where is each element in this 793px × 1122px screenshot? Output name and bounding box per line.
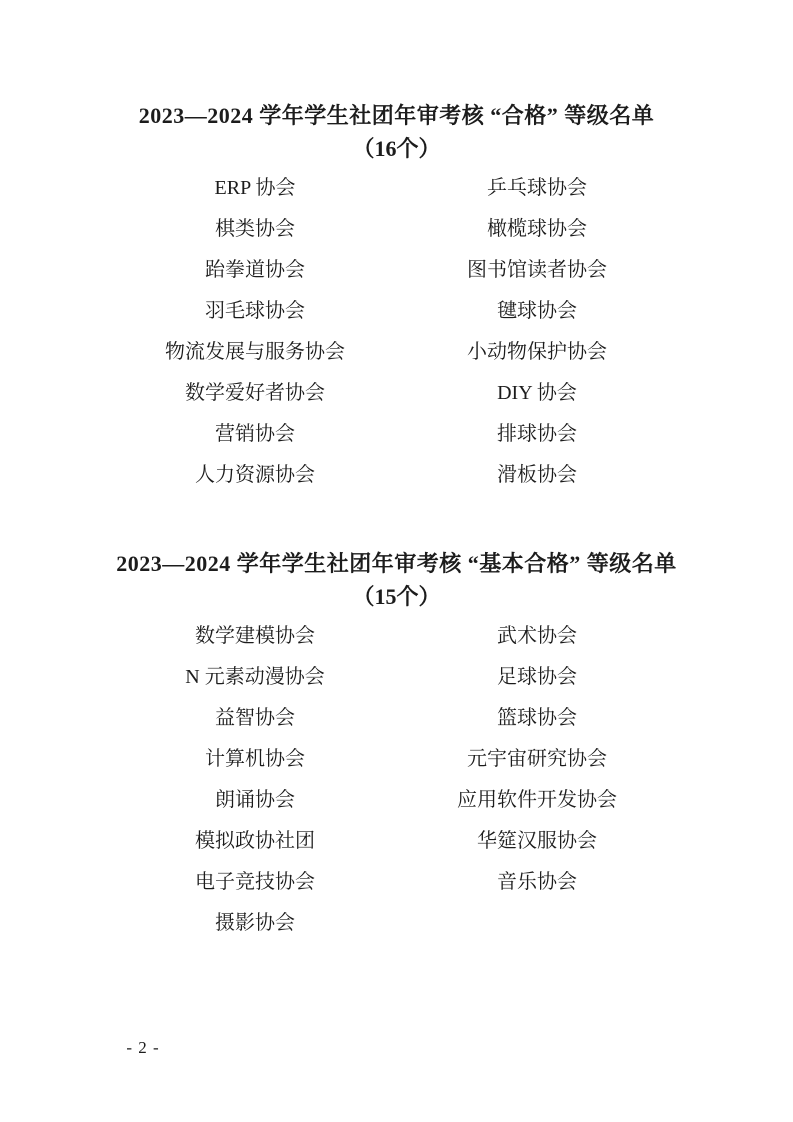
club-list-item: 物流发展与服务协会: [114, 329, 396, 370]
qualified-club-list-right-column: 乒乓球协会橄榄球协会图书馆读者协会毽球协会小动物保护协会DIY 协会排球协会滑板…: [396, 165, 678, 493]
club-list-item: 音乐协会: [396, 859, 678, 900]
club-list-item: 华筵汉服协会: [396, 818, 678, 859]
club-list-item: 数学建模协会: [114, 613, 396, 654]
club-list-item: 排球协会: [396, 411, 678, 452]
club-list-item: 武术协会: [396, 613, 678, 654]
club-list-item: 棋类协会: [114, 206, 396, 247]
club-list-item: 篮球协会: [396, 695, 678, 736]
club-list-item: 图书馆读者协会: [396, 247, 678, 288]
club-list-item: 益智协会: [114, 695, 396, 736]
club-list-item: DIY 协会: [396, 370, 678, 411]
document-page: 2023—2024 学年学生社团年审考核 “合格” 等级名单 （16个） ERP…: [0, 0, 793, 1122]
club-list-item: 电子竞技协会: [114, 859, 396, 900]
basically-qualified-club-list-left-column: 数学建模协会N 元素动漫协会益智协会计算机协会朗诵协会模拟政协社团电子竞技协会摄…: [114, 613, 396, 941]
club-list-item: 人力资源协会: [114, 452, 396, 493]
qualified-club-list: ERP 协会棋类协会跆拳道协会羽毛球协会物流发展与服务协会数学爱好者协会营销协会…: [114, 165, 678, 493]
section-qualified: 2023—2024 学年学生社团年审考核 “合格” 等级名单 （16个） ERP…: [0, 0, 793, 493]
section-basically-qualified: 2023—2024 学年学生社团年审考核 “基本合格” 等级名单 （15个） 数…: [0, 547, 793, 941]
club-list-item: 乒乓球协会: [396, 165, 678, 206]
page-number: - 2 -: [114, 1038, 172, 1058]
section-qualified-title: 2023—2024 学年学生社团年审考核 “合格” 等级名单: [0, 99, 793, 132]
club-list-item: N 元素动漫协会: [114, 654, 396, 695]
basically-qualified-club-list: 数学建模协会N 元素动漫协会益智协会计算机协会朗诵协会模拟政协社团电子竞技协会摄…: [114, 613, 678, 941]
club-list-item: 毽球协会: [396, 288, 678, 329]
club-list-item: 小动物保护协会: [396, 329, 678, 370]
club-list-item: 橄榄球协会: [396, 206, 678, 247]
club-list-item: 摄影协会: [114, 900, 396, 941]
club-list-item: 羽毛球协会: [114, 288, 396, 329]
club-list-item: 足球协会: [396, 654, 678, 695]
club-list-item: 数学爱好者协会: [114, 370, 396, 411]
section-basically-qualified-title: 2023—2024 学年学生社团年审考核 “基本合格” 等级名单: [0, 547, 793, 580]
club-list-item: 元宇宙研究协会: [396, 736, 678, 777]
section-basically-qualified-count: （15个）: [0, 580, 793, 613]
club-list-item: 营销协会: [114, 411, 396, 452]
club-list-item: 计算机协会: [114, 736, 396, 777]
club-list-item: 朗诵协会: [114, 777, 396, 818]
section-qualified-count: （16个）: [0, 132, 793, 165]
qualified-club-list-left-column: ERP 协会棋类协会跆拳道协会羽毛球协会物流发展与服务协会数学爱好者协会营销协会…: [114, 165, 396, 493]
club-list-item: ERP 协会: [114, 165, 396, 206]
club-list-item: 跆拳道协会: [114, 247, 396, 288]
basically-qualified-club-list-right-column: 武术协会足球协会篮球协会元宇宙研究协会应用软件开发协会华筵汉服协会音乐协会: [396, 613, 678, 941]
club-list-item: 滑板协会: [396, 452, 678, 493]
club-list-item: 应用软件开发协会: [396, 777, 678, 818]
club-list-item: 模拟政协社团: [114, 818, 396, 859]
